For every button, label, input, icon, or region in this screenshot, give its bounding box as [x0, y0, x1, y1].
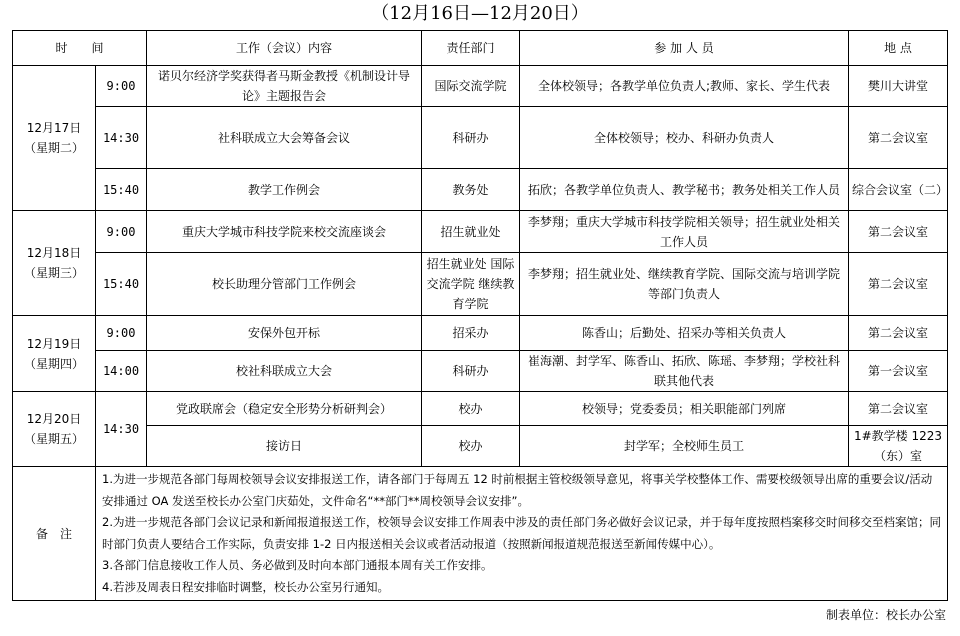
content-cell: 诺贝尔经济学奖获得者马斯金教授《机制设计导论》主题报告会	[147, 66, 422, 107]
table-row: 14:30 社科联成立大会筹备会议 科研办 全体校领导；校办、科研办负责人 第二…	[13, 107, 948, 169]
date: 12月20日	[16, 409, 92, 429]
content-cell: 安保外包开标	[147, 316, 422, 351]
dept-cell: 招采办	[422, 316, 520, 351]
time-cell: 9:00	[96, 316, 147, 351]
attendees-cell: 拓欣；各教学单位负责人、教学秘书；教务处相关工作人员	[520, 169, 849, 211]
attendees-cell: 校领导；党委委员；相关职能部门列席	[520, 392, 849, 426]
date: 12月19日	[16, 334, 92, 354]
table-row: 12月18日 （星期三） 9:00 重庆大学城市科技学院来校交流座谈会 招生就业…	[13, 211, 948, 253]
time-cell: 9:00	[96, 211, 147, 253]
dept-cell: 国际交流学院	[422, 66, 520, 107]
table-row: 12月19日 （星期四） 9:00 安保外包开标 招采办 陈香山；后勤处、招采办…	[13, 316, 948, 351]
header-dept: 责任部门	[422, 31, 520, 66]
date-cell: 12月17日 （星期二）	[13, 66, 96, 211]
weekday: （星期五）	[16, 429, 92, 449]
time-cell: 14:00	[96, 351, 147, 392]
attendees-cell: 全体校领导；校办、科研办负责人	[520, 107, 849, 169]
attendees-cell: 封学军；全校师生员工	[520, 426, 849, 467]
location-cell: 综合会议室（二）	[849, 169, 948, 211]
date: 12月18日	[16, 243, 92, 263]
table-row: 14:00 校社科联成立大会 科研办 崔海潮、封学军、陈香山、拓欣、陈瑶、李梦翔…	[13, 351, 948, 392]
note-item: 4.若涉及周表日程安排临时调整，校长办公室另行通知。	[102, 577, 941, 599]
time-cell: 15:40	[96, 169, 147, 211]
dept-cell: 科研办	[422, 351, 520, 392]
header-location: 地 点	[849, 31, 948, 66]
attendees-cell: 李梦翔；重庆大学城市科技学院相关领导；招生就业处相关工作人员	[520, 211, 849, 253]
content-cell: 党政联席会（稳定安全形势分析研判会）	[147, 392, 422, 426]
table-row: 接访日 校办 封学军；全校师生员工 1#教学楼 1223（东）室	[13, 426, 948, 467]
header-row: 时 间 工作（会议）内容 责任部门 参 加 人 员 地 点	[13, 31, 948, 66]
location-cell: 樊川大讲堂	[849, 66, 948, 107]
header-attendees: 参 加 人 员	[520, 31, 849, 66]
header-content: 工作（会议）内容	[147, 31, 422, 66]
location-cell: 第二会议室	[849, 253, 948, 316]
content-cell: 校长助理分管部门工作例会	[147, 253, 422, 316]
time-cell: 14:30	[96, 392, 147, 467]
dept-cell: 招生就业处 国际交流学院 继续教育学院	[422, 253, 520, 316]
weekly-schedule-table: 时 间 工作（会议）内容 责任部门 参 加 人 员 地 点 12月17日 （星期…	[12, 30, 948, 601]
note-item: 1.为进一步规范各部门每周校领导会议安排报送工作，请各部门于每周五 12 时前根…	[102, 469, 941, 512]
time-cell: 9:00	[96, 66, 147, 107]
attendees-cell: 全体校领导；各教学单位负责人;教师、家长、学生代表	[520, 66, 849, 107]
header-time: 时 间	[13, 31, 147, 66]
table-row: 12月17日 （星期二） 9:00 诺贝尔经济学奖获得者马斯金教授《机制设计导论…	[13, 66, 948, 107]
dept-cell: 校办	[422, 426, 520, 467]
note-item: 3.各部门信息接收工作人员、务必做到及时向本部门通报本周有关工作安排。	[102, 555, 941, 577]
date-cell: 12月20日 （星期五）	[13, 392, 96, 467]
attendees-cell: 李梦翔；招生就业处、继续教育学院、国际交流与培训学院等部门负责人	[520, 253, 849, 316]
content-cell: 接访日	[147, 426, 422, 467]
dept-cell: 科研办	[422, 107, 520, 169]
content-cell: 校社科联成立大会	[147, 351, 422, 392]
attendees-cell: 崔海潮、封学军、陈香山、拓欣、陈瑶、李梦翔；学校社科联其他代表	[520, 351, 849, 392]
location-cell: 第二会议室	[849, 211, 948, 253]
dept-cell: 校办	[422, 392, 520, 426]
location-cell: 第一会议室	[849, 351, 948, 392]
content-cell: 重庆大学城市科技学院来校交流座谈会	[147, 211, 422, 253]
note-item: 2.为进一步规范各部门会议记录和新闻报道报送工作，校领导会议安排工作周表中涉及的…	[102, 512, 941, 555]
dept-cell: 教务处	[422, 169, 520, 211]
notes-label: 备 注	[13, 467, 96, 601]
location-cell: 1#教学楼 1223（东）室	[849, 426, 948, 467]
weekday: （星期二）	[16, 138, 92, 158]
table-row: 15:40 教学工作例会 教务处 拓欣；各教学单位负责人、教学秘书；教务处相关工…	[13, 169, 948, 211]
content-cell: 教学工作例会	[147, 169, 422, 211]
location-cell: 第二会议室	[849, 107, 948, 169]
date-cell: 12月18日 （星期三）	[13, 211, 96, 316]
weekday: （星期四）	[16, 354, 92, 374]
table-row: 12月20日 （星期五） 14:30 党政联席会（稳定安全形势分析研判会） 校办…	[13, 392, 948, 426]
location-cell: 第二会议室	[849, 316, 948, 351]
notes-content: 1.为进一步规范各部门每周校领导会议安排报送工作，请各部门于每周五 12 时前根…	[96, 467, 948, 601]
footer-prepared-by: 制表单位：校长办公室	[826, 606, 946, 623]
time-cell: 15:40	[96, 253, 147, 316]
weekday: （星期三）	[16, 263, 92, 283]
attendees-cell: 陈香山；后勤处、招采办等相关负责人	[520, 316, 849, 351]
location-cell: 第二会议室	[849, 392, 948, 426]
date-cell: 12月19日 （星期四）	[13, 316, 96, 392]
time-cell: 14:30	[96, 107, 147, 169]
notes-row: 备 注 1.为进一步规范各部门每周校领导会议安排报送工作，请各部门于每周五 12…	[13, 467, 948, 601]
dept-cell: 招生就业处	[422, 211, 520, 253]
date: 12月17日	[16, 118, 92, 138]
table-row: 15:40 校长助理分管部门工作例会 招生就业处 国际交流学院 继续教育学院 李…	[13, 253, 948, 316]
content-cell: 社科联成立大会筹备会议	[147, 107, 422, 169]
schedule-title: （12月16日—12月20日）	[0, 2, 960, 26]
